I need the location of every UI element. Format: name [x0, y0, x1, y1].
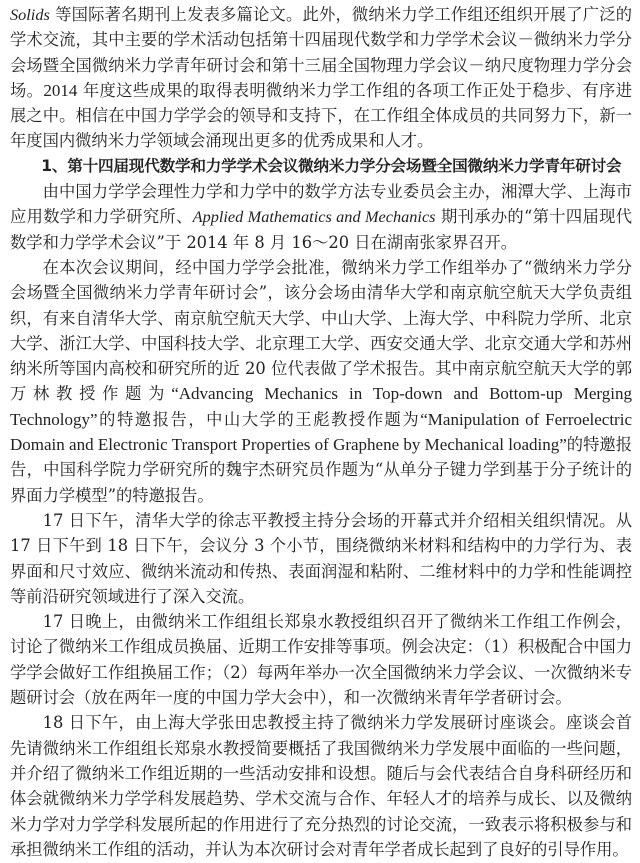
- p2-text-2: 的特邀报告，中山大学的王彪教授作题为: [98, 410, 421, 429]
- document-page: Solids 等国际著名期刊上发表多篇论文。此外，微纳米力学工作组还组织开展了广…: [10, 2, 632, 862]
- intro-year: 2014: [43, 81, 77, 100]
- intro-paragraph: Solids 等国际著名期刊上发表多篇论文。此外，微纳米力学工作组还组织开展了广…: [10, 2, 632, 154]
- section-1-heading: 1、第十四届现代数学和力学学术会议微纳米力学分会场暨全国微纳米力学青年研讨会: [10, 154, 632, 179]
- p2-text-1: 在本次会议期间，经中国力学学会批准，微纳米力学工作组举办了“微纳米力学分会场暨全…: [10, 258, 632, 403]
- journal-name-solids: Solids: [10, 5, 50, 24]
- section-1-paragraph-2: 在本次会议期间，经中国力学学会批准，微纳米力学工作组举办了“微纳米力学分会场暨全…: [10, 255, 632, 508]
- intro-text-2: 年度这些成果的取得表明微纳米力学工作组的各项工作正处于稳步、有序进展之中。相信在…: [10, 81, 632, 151]
- journal-name-amm: Applied Mathematics and Mechanics: [193, 207, 436, 226]
- section-1-paragraph-1: 由中国力学学会理性力学和力学中的数学方法专业委员会主办，湘潭大学、上海市应用数学…: [10, 179, 632, 255]
- section-1-paragraph-4: 17 日晚上，由微纳米工作组组长郑泉水教授组织召开了微纳米工作组工作例会，讨论了…: [10, 609, 632, 710]
- section-1-paragraph-3: 17 日下午，清华大学的徐志平教授主持分会场的开幕式并介绍相关组织情况。从 17…: [10, 508, 632, 609]
- section-1-paragraph-5: 18 日下午，由上海大学张田忠教授主持了微纳米力学发展研讨座谈会。座谈会首先请微…: [10, 710, 632, 862]
